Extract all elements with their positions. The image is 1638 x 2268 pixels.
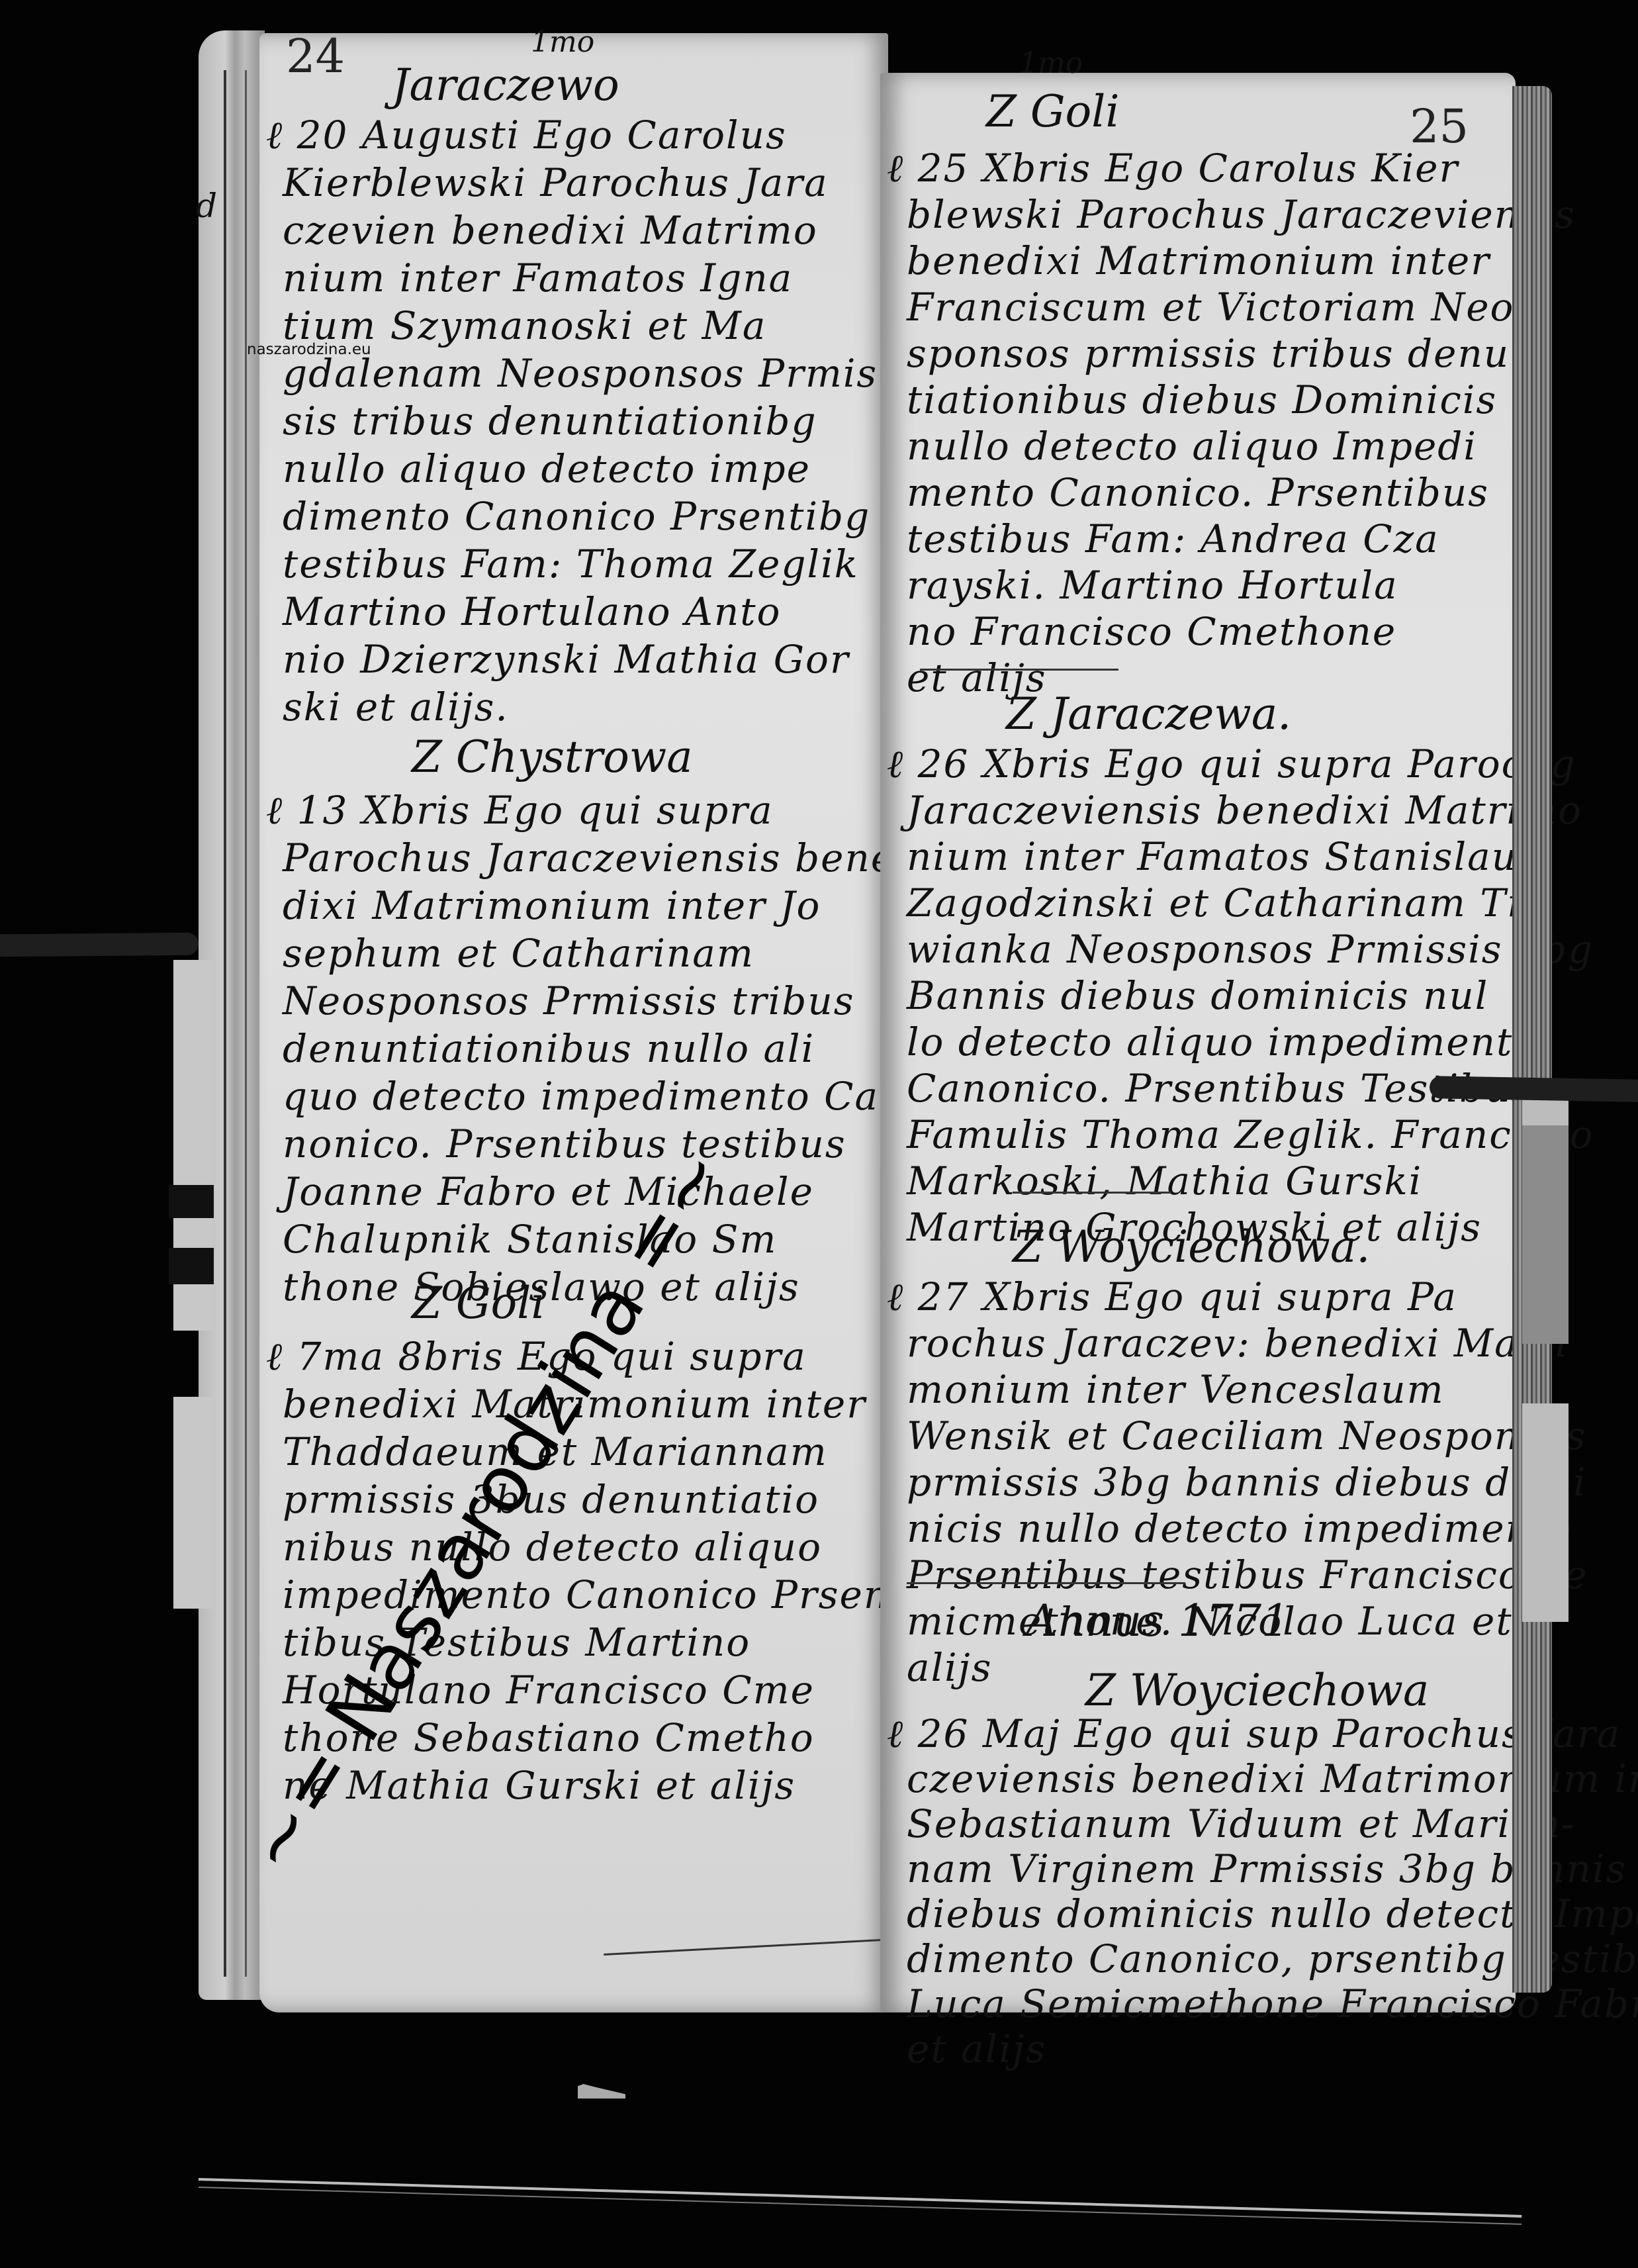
ordinal-mark: 1mo: [1019, 46, 1083, 80]
page-fore-edge: [1512, 86, 1552, 1993]
entry-separator-line: [1013, 1192, 1171, 1194]
entry-line: Parochus Jaraczeviensis bene: [283, 835, 895, 880]
entry-separator-line: [920, 669, 1118, 671]
page-marker-ribbon: [1430, 1076, 1638, 1102]
entry-line: benedixi Matrimonium inter: [907, 238, 1490, 283]
film-edge-line: [199, 2178, 1522, 2218]
edge-tab-band: [1522, 1125, 1569, 1344]
entry-line: nonico. Prsentibus testibus: [283, 1121, 846, 1166]
spine-line: [224, 70, 226, 1977]
entry-line: Zagodzinski et Catharinam Tra: [907, 880, 1551, 925]
margin-note: d: [196, 187, 217, 225]
entry-heading: Z Goli: [986, 86, 1120, 137]
edge-tab-band: [169, 1248, 214, 1284]
entry-line: alijs: [907, 1645, 992, 1690]
entry-line: no Francisco Cmethone: [907, 609, 1396, 654]
entry-line: Prsentibus testibus Francisco Se: [907, 1552, 1588, 1597]
entry-line: Wensik et Caeciliam Neosponsos: [907, 1413, 1587, 1458]
entry-line: czevien benedixi Matrimo: [283, 208, 818, 253]
entry-line: ℓ 25 Xbris Ego Carolus Kier: [887, 146, 1459, 191]
entry-line: testibus Fam: Andrea Cza: [907, 516, 1439, 561]
entry-line: ℓ 26 Xbris Ego qui supra Parochg: [887, 741, 1576, 786]
entry-line: monium inter Venceslaum: [907, 1367, 1445, 1412]
microfilm-scan: 241moJaraczewoℓ 20 Augusti Ego CarolusKi…: [0, 0, 1638, 2268]
entry-heading: Z Goli: [412, 1278, 545, 1329]
entry-heading: Z Jaraczewa.: [1006, 688, 1291, 739]
entry-line: nicis nullo detecto impedimento: [907, 1506, 1572, 1551]
ordinal-mark: 1mo: [531, 25, 594, 59]
entry-line: Neosponsos Prmissis tribus: [283, 978, 854, 1023]
entry-line: ℓ 27 Xbris Ego qui supra Pa: [887, 1274, 1457, 1319]
entry-heading: Jaraczewo: [392, 60, 619, 111]
entry-line: ℓ 20 Augusti Ego Carolus: [266, 113, 787, 158]
entry-line: sis tribus denuntiationibg: [283, 399, 817, 444]
page-marker-ribbon: [0, 933, 199, 957]
entry-heading: Z Chystrowa: [412, 732, 693, 782]
entry-line: rayski. Martino Hortula: [907, 563, 1398, 608]
entry-line: Famulis Thoma Zeglik. Francisco: [907, 1112, 1594, 1157]
entry-line: dimento Canonico Prsentibg: [283, 494, 870, 539]
entry-line: prmissis 3bg bannis diebus domi: [907, 1460, 1587, 1505]
edge-tab-strip: [1522, 1403, 1569, 1622]
entry-line: wianka Neosponsos Prmissis 3bg: [907, 927, 1594, 972]
entry-line: tiationibus diebus Dominicis: [907, 377, 1497, 422]
year-heading: Annus 1771: [1026, 1595, 1289, 1646]
edge-tab-band: [169, 1185, 214, 1218]
entry-line: rochus Jaraczev: benedixi Matri: [907, 1321, 1569, 1366]
entry-line: ℓ 26 Maj Ego qui sup Parochus Jara: [887, 1711, 1621, 1756]
entry-line: Jaraczeviensis benedixi Matrimo: [907, 788, 1582, 833]
edge-tab-strip: [173, 1397, 213, 1609]
entry-line: testibus Fam: Thoma Zeglik: [283, 542, 859, 587]
entry-line: nium inter Famatos Stanislaum: [907, 834, 1555, 879]
entry-line: Sebastianum Viduum et Marian-: [907, 1801, 1576, 1846]
entry-line: nullo detecto aliquo Impedi: [907, 424, 1477, 469]
entry-line: mento Canonico. Prsentibus: [907, 470, 1489, 515]
entry-line: Kierblewski Parochus Jara: [283, 160, 829, 205]
entry-separator-line: [604, 1939, 882, 1956]
entry-line: Franciscum et Victoriam Neo: [907, 285, 1514, 330]
entry-line: et alijs: [907, 2026, 1047, 2071]
entry-line: ski et alijs.: [283, 685, 509, 730]
entry-separator-line: [907, 1582, 1185, 1584]
entry-heading: Z Woyciechowa.: [1013, 1221, 1370, 1272]
entry-line: denuntiationibus nullo ali: [283, 1026, 815, 1071]
entry-line: nibus nullo detecto aliquo: [283, 1525, 822, 1570]
entry-line: ℓ 13 Xbris Ego qui supra: [266, 788, 774, 833]
watermark-text: naszarodzina.eu: [247, 341, 371, 358]
entry-line: sponsos prmissis tribus denun: [907, 331, 1536, 376]
entry-line: Martino Hortulano Anto: [283, 589, 781, 634]
entry-line: Markoski, Mathia Gurski: [907, 1158, 1422, 1204]
page-number: 24: [286, 29, 345, 83]
entry-line: gdalenam Neosponsos Prmis: [283, 351, 878, 396]
entry-line: dixi Matrimonium inter Jo: [283, 883, 821, 928]
film-artifact: [578, 2084, 625, 2099]
film-edge-line: [199, 2187, 1522, 2225]
entry-line: sephum et Catharinam: [283, 931, 754, 976]
entry-line: nullo aliquo detecto impe: [283, 446, 811, 491]
entry-line: quo detecto impedimento Ca: [283, 1074, 879, 1119]
entry-line: nio Dzierzynski Mathia Gor: [283, 637, 850, 682]
entry-line: Bannis diebus dominicis nul: [907, 973, 1488, 1018]
right-page: 251moZ Goliℓ 25 Xbris Ego Carolus Kierbl…: [880, 73, 1516, 2012]
entry-line: nium inter Famatos Igna: [283, 256, 793, 301]
entry-line: blewski Parochus Jaraczeviensis: [907, 192, 1576, 237]
entry-heading: Z Woyciechowa: [1085, 1665, 1429, 1716]
entry-line: lo detecto aliquo impedimento: [907, 1019, 1537, 1064]
